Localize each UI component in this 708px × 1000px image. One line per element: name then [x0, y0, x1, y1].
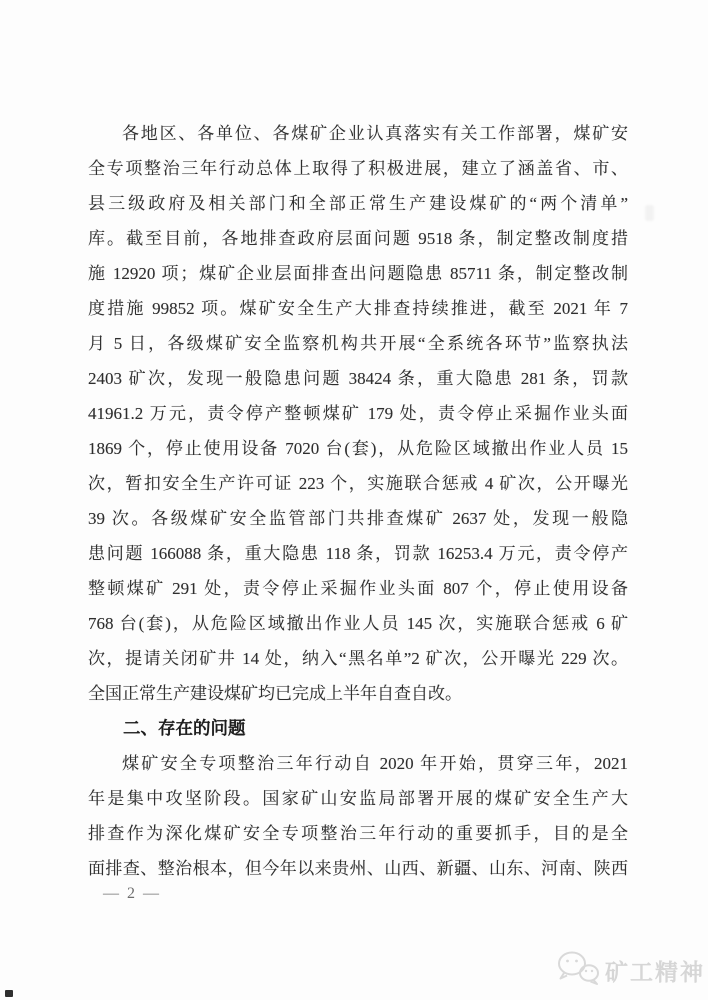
body-line: 月 5 日，各级煤矿安全监察机构共开展“全系统各环节”监察执法	[88, 326, 628, 361]
body-line: 面排查、整治根本，但今年以来贵州、山西、新疆、山东、河南、陕西	[88, 851, 628, 886]
body-line: 768 台(套)，从危险区域撤出作业人员 145 次，实施联合惩戒 6 矿	[88, 606, 628, 641]
body-line: 度措施 99852 项。煤矿安全生产大排查持续推进，截至 2021 年 7	[88, 291, 628, 326]
body-line: 39 次。各级煤矿安全监管部门共排查煤矿 2637 处，发现一般隐	[88, 501, 628, 536]
section-heading: 二、存在的问题	[88, 711, 628, 746]
body-line: 2403 矿次，发现一般隐患问题 38424 条，重大隐患 281 条，罚款	[88, 361, 628, 396]
body-line: 库。截至目前，各地排查政府层面问题 9518 条，制定整改制度措	[88, 221, 628, 256]
wechat-icon	[556, 950, 600, 991]
document-page: 各地区、各单位、各煤矿企业认真落实有关工作部署，煤矿安 全专项整治三年行动总体上…	[0, 0, 708, 1000]
body-line: 41961.2 万元，责令停产整顿煤矿 179 处，责令停止采掘作业头面	[88, 396, 628, 431]
document-text-block: 各地区、各单位、各煤矿企业认真落实有关工作部署，煤矿安 全专项整治三年行动总体上…	[88, 116, 628, 886]
body-line: 年是集中攻坚阶段。国家矿山安监局部署开展的煤矿安全生产大	[88, 781, 628, 816]
body-line: 次，暂扣安全生产许可证 223 个，实施联合惩戒 4 矿次，公开曝光	[88, 466, 628, 501]
watermark: 矿工精神	[556, 950, 705, 991]
body-line: 次，提请关闭矿井 14 处，纳入“黑名单”2 矿次，公开曝光 229 次。	[88, 641, 628, 676]
body-line: 全专项整治三年行动总体上取得了积极进展，建立了涵盖省、市、	[88, 151, 628, 186]
body-line: 施 12920 项；煤矿企业层面排查出问题隐患 85711 条，制定整改制	[88, 256, 628, 291]
page-corner-mark	[5, 990, 13, 997]
body-line: 排查作为深化煤矿安全专项整治三年行动的重要抓手，目的是全	[88, 816, 628, 851]
page-number: — 2 —	[103, 885, 161, 903]
body-line: 煤矿安全专项整治三年行动自 2020 年开始，贯穿三年，2021	[88, 746, 628, 781]
scan-artifact	[645, 205, 654, 221]
body-line: 全国正常生产建设煤矿均已完成上半年自查自改。	[88, 676, 628, 711]
watermark-label: 矿工精神	[605, 954, 705, 987]
body-line: 患问题 166088 条，重大隐患 118 条，罚款 16253.4 万元，责令…	[88, 536, 628, 571]
body-line: 整顿煤矿 291 处，责令停止采掘作业头面 807 个，停止使用设备	[88, 571, 628, 606]
body-line: 县三级政府及相关部门和全部正常生产建设煤矿的“两个清单”	[88, 186, 628, 221]
body-line: 各地区、各单位、各煤矿企业认真落实有关工作部署，煤矿安	[88, 116, 628, 151]
body-line: 1869 个，停止使用设备 7020 台(套)，从危险区域撤出作业人员 15	[88, 431, 628, 466]
